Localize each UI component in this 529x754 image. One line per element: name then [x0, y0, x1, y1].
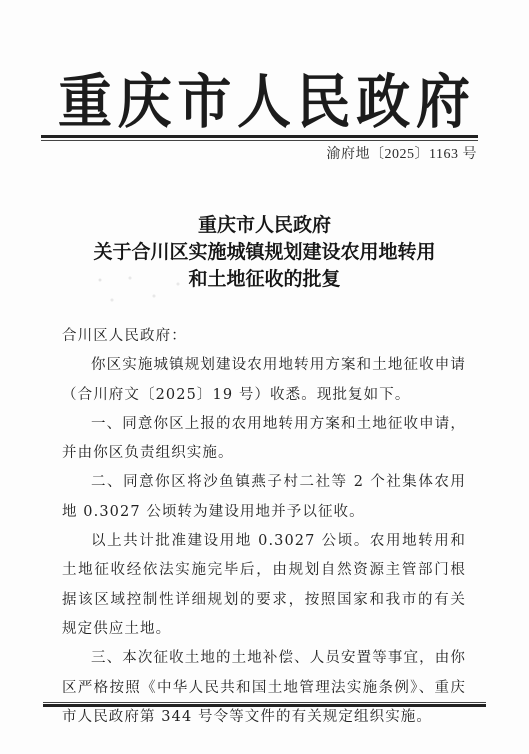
paragraph-item-1: 一、同意你区上报的农用地转用方案和土地征收申请，并由你区负责组织实施。 — [62, 410, 466, 469]
masthead-char: 重 — [58, 55, 112, 138]
title-line-3: 和土地征收的批复 — [0, 266, 529, 293]
footer-divider — [43, 702, 486, 707]
document-body: 合川区人民政府： 你区实施城镇规划建设农用地转用方案和土地征收申请（合川府文〔2… — [62, 322, 466, 732]
title-line-2: 关于合川区实施城镇规划建设农用地转用 — [0, 239, 529, 266]
divider-thick-line — [43, 704, 486, 707]
masthead-char: 民 — [297, 55, 351, 138]
paragraph-item-2: 二、同意你区将沙鱼镇燕子村二社等 2 个社集体农用地 0.3027 公顷转为建设… — [62, 468, 466, 527]
divider-thin-line — [41, 140, 478, 141]
masthead-char: 人 — [237, 55, 291, 138]
paragraph-intro: 你区实施城镇规划建设农用地转用方案和土地征收申请（合川府文〔2025〕19 号）… — [62, 351, 466, 410]
divider-thick-line — [41, 135, 478, 138]
document-number: 渝府地〔2025〕1163 号 — [327, 143, 477, 163]
masthead-char: 府 — [416, 55, 470, 138]
divider-thin-line — [43, 702, 486, 703]
document-page: 重 庆 市 人 民 政 府 渝府地〔2025〕1163 号 重庆市人民政府 关于… — [0, 0, 529, 754]
paragraph-total: 以上共计批准建设用地 0.3027 公顷。农用地转用和土地征收经依法实施完毕后，… — [62, 527, 466, 644]
masthead-char: 庆 — [118, 55, 172, 138]
issuer-masthead: 重 庆 市 人 民 政 府 — [58, 62, 470, 132]
scan-artifact — [88, 268, 208, 308]
document-title: 重庆市人民政府 关于合川区实施城镇规划建设农用地转用 和土地征收的批复 — [0, 212, 529, 293]
salutation: 合川区人民政府： — [62, 322, 466, 351]
paragraph-item-3: 三、本次征收土地的土地补偿、人员安置等事宜，由你区严格按照《中华人民共和国土地管… — [62, 644, 466, 732]
masthead-char: 市 — [177, 55, 231, 138]
masthead-divider — [41, 135, 478, 141]
masthead-char: 政 — [356, 55, 410, 138]
title-line-1: 重庆市人民政府 — [0, 212, 529, 239]
